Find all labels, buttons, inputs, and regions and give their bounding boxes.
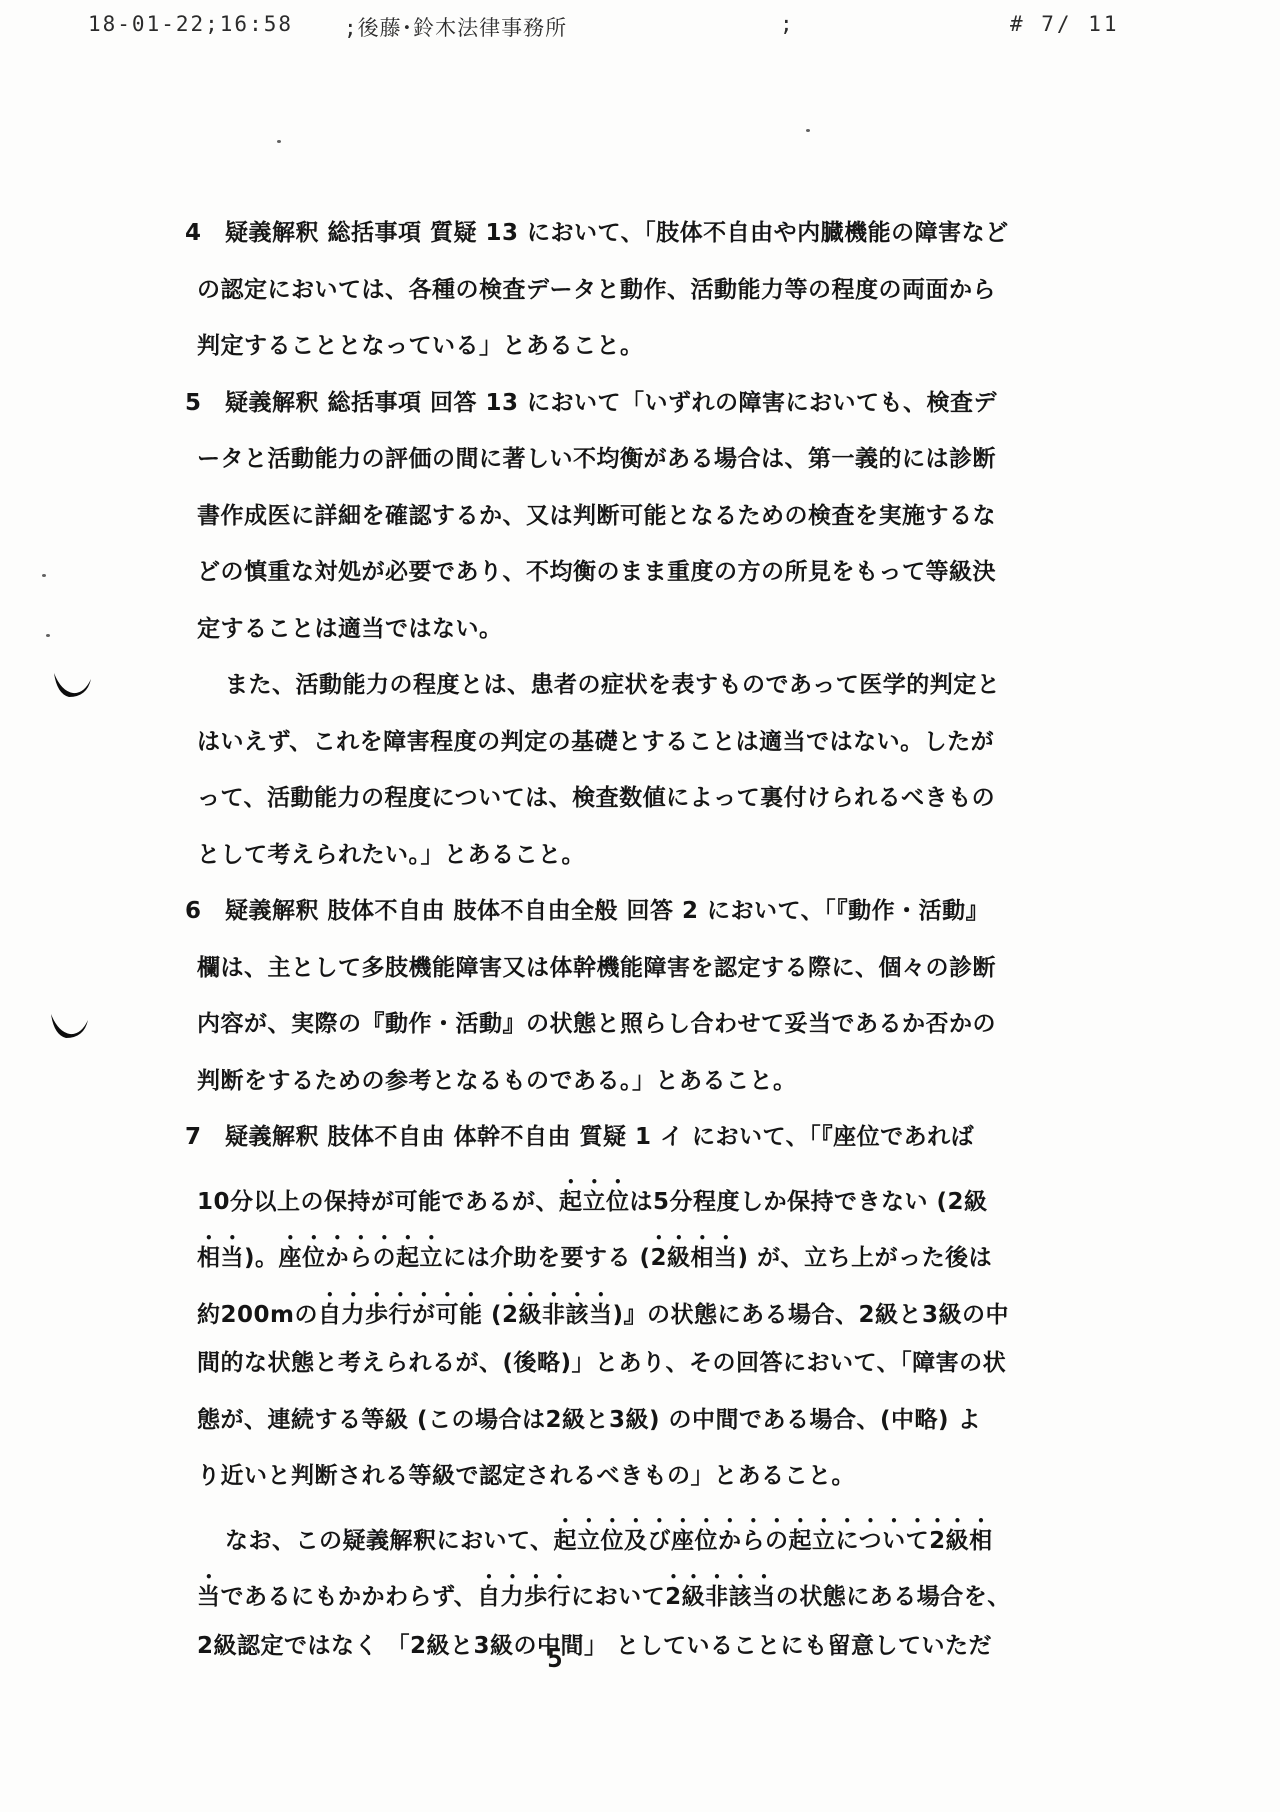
fax-separator: ; [780,12,793,36]
text-line: って、活動能力の程度については、検査数値によって裏付けられるべきもの [185,779,1015,836]
text-line: なお、この疑義解釈において、起立位及び座位からの起立について2級相 [185,1514,1015,1571]
text-segment: ータと活動能力の評価の間に著しい不均衡がある場合は、第一義的には診断 [197,446,996,472]
text-segment: の状態にある場合を、 [776,1584,1011,1610]
text-line: 7疑義解釈 肢体不自由 体幹不自由 質疑 1 イ において、「『座位であれば [185,1118,1015,1175]
text-segment: であるにもかかわらず、 [221,1584,478,1610]
text-segment: なお、この疑義解釈において、 [225,1528,554,1554]
scan-artifact-crescent [53,671,93,699]
fax-timestamp: 18-01-22;16:58 [88,12,293,36]
text-line: 判定することとなっている」とあること。 [185,327,1015,384]
text-line: ータと活動能力の評価の間に著しい不均衡がある場合は、第一義的には診断 [185,440,1015,497]
text-segment: 相当)。座位からの起立 [197,1245,443,1271]
paragraph-number: 7 [185,1124,225,1150]
text-line: 書作成医に詳細を確認するか、又は判断可能となるための検査を実施するな [185,497,1015,554]
text-line: 相当)。座位からの起立には介助を要する (2級相当) が、立ち上がった後は [185,1231,1015,1288]
paragraph-number: 5 [185,390,225,416]
scan-artifact-crescent [50,1012,90,1040]
text-line: 定することは適当ではない。 [185,610,1015,667]
text-segment: り近いと判断される等級で認定されるべきもの」とあること。 [197,1463,855,1489]
text-segment: 書作成医に詳細を確認するか、又は判断可能となるための検査を実施するな [197,503,996,529]
scan-speck [277,140,281,143]
text-segment: はいえず、これを障害程度の判定の基礎とすることは適当ではない。したが [197,729,994,755]
text-segment: 自力歩行 [477,1584,571,1610]
text-segment: が、立ち上がった後は [749,1245,993,1271]
text-line: 10分以上の保持が可能であるが、起立位は5分程度しか保持できない (2級 [185,1175,1015,1232]
text-segment: 内容が、実際の『動作・活動』の状態と照らし合わせて妥当であるか否かの [197,1011,996,1037]
fax-sender: ;後藤･鈴木法律事務所 [344,12,567,42]
text-segment: の認定においては、各種の検査データと動作、活動能力等の程度の両面から [197,277,996,303]
paragraph-number: 4 [185,220,225,246]
text-segment: 疑義解釈 総括事項 回答 13 において「いずれの障害においても、検査デ [225,390,997,416]
text-segment: 判定することとなっている」とあること。 [197,333,644,359]
text-segment: って、活動能力の程度については、検査数値によって裏付けられるべきもの [197,785,995,811]
scan-speck [46,634,50,637]
text-segment: 自力歩行が可能 [318,1302,483,1328]
text-segment: 疑義解釈 肢体不自由 肢体不自由全般 回答 2 において、「『動作・活動』 [225,898,989,924]
text-line: はいえず、これを障害程度の判定の基礎とすることは適当ではない。したが [185,723,1015,780]
scan-speck [42,574,46,577]
text-segment: 判断をするための参考となるものである。」とあること。 [197,1068,797,1094]
text-line: 間的な状態と考えられるが、(後略)」とあり、その回答において、「障害の状 [185,1344,1015,1401]
text-segment: 』の状態にある場合、2級と3級の中 [624,1302,1010,1328]
text-block: 4疑義解釈 総括事項 質疑 13 において、「肢体不自由や内臓機能の障害などの認… [185,214,1015,1683]
text-segment: また、活動能力の程度とは、患者の症状を表すものであって医学的判定と [225,672,1000,698]
scan-speck [806,129,810,132]
text-segment: 間的な状態と考えられるが、(後略)」とあり、その回答において、「障害の状 [197,1350,1006,1376]
text-line: 判断をするための参考となるものである。」とあること。 [185,1062,1015,1119]
text-line: 約200mの自力歩行が可能 (2級非該当)』の状態にある場合、2級と3級の中 [185,1288,1015,1345]
text-segment: 疑義解釈 総括事項 質疑 13 において、「肢体不自由や内臓機能の障害など [225,220,1009,246]
text-segment: において [571,1584,665,1610]
text-segment: 疑義解釈 肢体不自由 体幹不自由 質疑 1 イ において、「『座位であれば [225,1124,974,1150]
text-segment: は5分程度しか保持できない (2級 [630,1189,988,1215]
text-segment: 定することは適当ではない。 [197,616,503,642]
text-segment: (2級相当) [640,1245,749,1271]
text-line: り近いと判断される等級で認定されるべきもの」とあること。 [185,1457,1015,1514]
text-segment: どの慎重な対処が必要であり、不均衡のまま重度の方の所見をもって等級決 [197,559,996,585]
text-line: 欄は、主として多肢機能障害又は体幹機能障害を認定する際に、個々の診断 [185,949,1015,1006]
page-number: 5 [480,1644,630,1674]
text-segment: 欄は、主として多肢機能障害又は体幹機能障害を認定する際に、個々の診断 [197,955,996,981]
text-segment: 2級非該当 [665,1584,776,1610]
text-segment: には介助を要する [443,1245,640,1271]
text-line: また、活動能力の程度とは、患者の症状を表すものであって医学的判定と [185,666,1015,723]
text-segment: 態が、連続する等級 (この場合は2級と3級) の中間である場合、(中略) よ [197,1407,981,1433]
text-line: 態が、連続する等級 (この場合は2級と3級) の中間である場合、(中略) よ [185,1401,1015,1458]
text-line: 6疑義解釈 肢体不自由 肢体不自由全般 回答 2 において、「『動作・活動』 [185,892,1015,949]
text-segment: 当 [197,1584,221,1610]
text-line: 4疑義解釈 総括事項 質疑 13 において、「肢体不自由や内臓機能の障害など [185,214,1015,271]
text-segment: (2級非該当) [491,1302,624,1328]
text-segment [482,1302,491,1328]
text-line: として考えられたい。」とあること。 [185,836,1015,893]
paragraph-number: 6 [185,898,225,924]
text-segment: 10分以上の保持が可能であるが、 [197,1189,559,1215]
text-line: の認定においては、各種の検査データと動作、活動能力等の程度の両面から [185,271,1015,328]
text-segment: 起立位及び座位からの起立について2級相 [554,1528,993,1554]
fax-page-indicator: # 7/ 11 [1010,12,1120,36]
text-line: 内容が、実際の『動作・活動』の状態と照らし合わせて妥当であるか否かの [185,1005,1015,1062]
text-line: どの慎重な対処が必要であり、不均衡のまま重度の方の所見をもって等級決 [185,553,1015,610]
fax-document-page: 18-01-22;16:58 ;後藤･鈴木法律事務所 ; # 7/ 11 4疑義… [0,0,1280,1812]
text-segment: 約200mの [197,1302,318,1328]
text-segment: 起立位 [559,1189,630,1215]
text-line: 当であるにもかかわらず、自力歩行において2級非該当の状態にある場合を、 [185,1570,1015,1627]
text-line: 5疑義解釈 総括事項 回答 13 において「いずれの障害においても、検査デ [185,384,1015,441]
text-segment: として考えられたい。」とあること。 [197,842,585,868]
